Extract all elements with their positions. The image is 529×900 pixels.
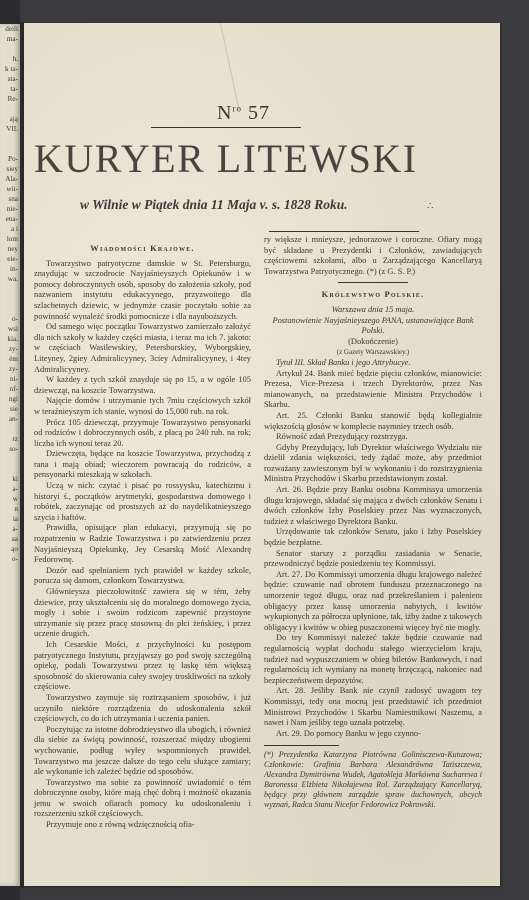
article-paragraph: Najęcie domów i utrzymanie tych 7miu czę… (34, 396, 251, 417)
margin-text-fragment: wii- (0, 184, 20, 194)
article-paragraph: Poczytując za istotne dobrodzieystwo dla… (34, 725, 251, 778)
margin-text-fragment (0, 424, 20, 434)
margin-text-fragment (0, 464, 20, 474)
article-paragraph: Towarzystwo patryotyczne damskie w St. P… (34, 259, 251, 323)
margin-text-fragment: rz (0, 434, 20, 444)
margin-text-fragment: ena- (0, 214, 20, 224)
footnote: (*) Prezydentka Katarzyna Piotrówna Goli… (264, 750, 482, 810)
article-paragraph: Głównieysza pieczołowitość zawiera się w… (34, 587, 251, 640)
place-date: Warszawa dnia 15 maja. (264, 305, 482, 316)
margin-text-fragment: nf- (0, 384, 20, 394)
article-paragraph: Prawidła, opisujące plan edukacyi, przyy… (34, 523, 251, 565)
header-rule (151, 127, 301, 128)
article-paragraph: Do tey Kommissyi należeć także będzie cz… (264, 633, 482, 686)
article-paragraph: Równość zdań Prezydujący rozstrzyga. (264, 432, 482, 443)
right-column: ry większe i mnieysze, jednorazowe i cor… (264, 235, 482, 810)
margin-text-fragment: siey (0, 164, 20, 174)
margin-text-fragment: zy- (0, 344, 20, 354)
article-paragraph: Art. 29. Do pomocy Banku w jego czynno- (264, 729, 482, 740)
margin-text-fragment: nie- (0, 204, 20, 214)
article-paragraph: Od samego więc początku Towarzystwo zami… (34, 322, 251, 375)
issue-number-suffix: ro (232, 103, 242, 113)
margin-text-fragment: so- (0, 444, 20, 454)
margin-text-fragment: wsi (0, 324, 20, 334)
margin-text-fragment: sta- (0, 74, 20, 84)
margin-text-fragment: Po- (0, 154, 20, 164)
margin-text-fragment: n (0, 504, 20, 514)
article-paragraph: Urzędowanie tak członków Senatu, jako i … (264, 527, 482, 548)
margin-text-fragment: eie- (0, 254, 20, 264)
margin-text-fragment (0, 104, 20, 114)
margin-text-fragment: aa (0, 534, 20, 544)
margin-text-fragment: ąo (0, 544, 20, 554)
article-paragraph: Dziewczęta, będące na koszcie Towarzystw… (34, 449, 251, 481)
article-paragraph: Art. 27. Do Kommissyi umorzenia długu kr… (264, 570, 482, 634)
left-column: Wiadomości Krajowe. Towarzystwo patryoty… (34, 241, 251, 831)
newspaper-page: Nro 57 KURYER LITEWSKI w Wilnie w Piątek… (24, 23, 500, 886)
article-paragraph: Gdyby Prezydujący, lub Dyrektor właściwe… (264, 443, 482, 485)
previous-page-margin: deilima- h.k ta-sta-ta-Re- ająVII. Po-si… (0, 24, 20, 886)
decree-note: (Dokończenie) (264, 337, 482, 348)
margin-text-fragment: lom (0, 234, 20, 244)
paper-crease (220, 23, 240, 111)
margin-text-fragment: kia. (0, 334, 20, 344)
article-paragraph: Uczą w nich: czytać i pisać po rossyysku… (34, 481, 251, 523)
footnote-rule (264, 745, 339, 746)
margin-text-fragment: zy- (0, 364, 20, 374)
issue-number-prefix: N (217, 102, 232, 124)
section-divider (338, 282, 408, 283)
margin-text-fragment: Re- (0, 94, 20, 104)
margin-text-fragment: ém (0, 354, 20, 364)
margin-text-fragment: k ta- (0, 64, 20, 74)
margin-text-fragment: ma- (0, 34, 20, 44)
margin-text-fragment: a- (0, 524, 20, 534)
margin-text-fragment: a- (0, 484, 20, 494)
margin-text-fragment: ki (0, 474, 20, 484)
column-top-rule (269, 231, 419, 232)
margin-text-fragment: Ala- (0, 174, 20, 184)
masthead-title: KURYER LITEWSKI (34, 135, 454, 182)
margin-text-fragment: a i (0, 224, 20, 234)
article-paragraph: Art. 25. Członki Banku stanowić będą kol… (264, 411, 482, 432)
margin-text-fragment: sna (0, 194, 20, 204)
title-heading: Tytuł III. Skład Banku i jego Attrybucye… (264, 358, 482, 369)
source-note: (z Gazety Warszawskiey.) (264, 347, 482, 358)
ornament-icon: ∴ (427, 201, 433, 212)
section-heading-kingdom-of-poland: Królewstwo Polskie. (264, 289, 482, 300)
article-paragraph: Art. 26. Będzie przy Banku osobna Kommis… (264, 485, 482, 527)
margin-text-fragment: h. (0, 54, 20, 64)
article-paragraph: Towarzystwo ma sobie za powinność uwiado… (34, 778, 251, 820)
article-paragraph: Ich Cesarskie Mości, z przychylności ku … (34, 640, 251, 693)
issue-number: Nro 57 (217, 102, 270, 125)
continued-paragraph: ry większe i mnieysze, jednorazowe i cor… (264, 235, 482, 277)
margin-text-fragment (0, 454, 20, 464)
margin-text-fragment: deili (0, 24, 20, 34)
margin-text-fragment (0, 144, 20, 154)
margin-text-fragment: sie (0, 404, 20, 414)
issue-number-value: 57 (248, 102, 270, 124)
section-heading-domestic-news: Wiadomości Krajowe. (34, 243, 251, 254)
article-paragraph: Art. 28. Jeśliby Bank nie czynił zadosyć… (264, 686, 482, 728)
margin-text-fragment: w (0, 494, 20, 504)
article-paragraph: Towarzystwo zaymuje się roztrząsaniem sp… (34, 693, 251, 725)
margin-text-fragment: o- (0, 554, 20, 564)
article-paragraph: Przyymuje ono z równą wdzięcznością ofia… (34, 820, 251, 831)
article-paragraph: W każdey z tych szkół znayduje się po 15… (34, 375, 251, 396)
margin-text-fragment (0, 44, 20, 54)
decree-title: Postanowienie Nayjaśnieyszego PANA, usta… (264, 316, 482, 337)
margin-text-fragment: ni- (0, 374, 20, 384)
article-paragraph: Artykuł 24. Bank mieć będzie pięciu czło… (264, 369, 482, 411)
margin-text-fragment (0, 304, 20, 314)
margin-text-fragment: in- (0, 264, 20, 274)
article-paragraph: Senator starszy z porządku zasiadania w … (264, 549, 482, 570)
margin-text-fragment (0, 134, 20, 144)
margin-text-fragment: an- (0, 414, 20, 424)
margin-text-fragment: ngi (0, 394, 20, 404)
margin-text-fragment (0, 294, 20, 304)
dateline: w Wilnie w Piątek dnia 11 Maja v. s. 182… (80, 197, 348, 213)
margin-text-fragment: ia (0, 514, 20, 524)
margin-text-fragment: ają (0, 114, 20, 124)
margin-text-fragment: ta- (0, 84, 20, 94)
article-paragraph: Dozór nad spełnianiem tych prawideł w ka… (34, 566, 251, 587)
margin-text-fragment: o- (0, 314, 20, 324)
article-paragraph: Prócz 105 dziewcząt, przyymuje Towarzyst… (34, 418, 251, 450)
margin-text-fragment: VII. (0, 124, 20, 134)
margin-text-fragment (0, 284, 20, 294)
margin-text-fragment: ney (0, 244, 20, 254)
margin-text-fragment: wa. (0, 274, 20, 284)
